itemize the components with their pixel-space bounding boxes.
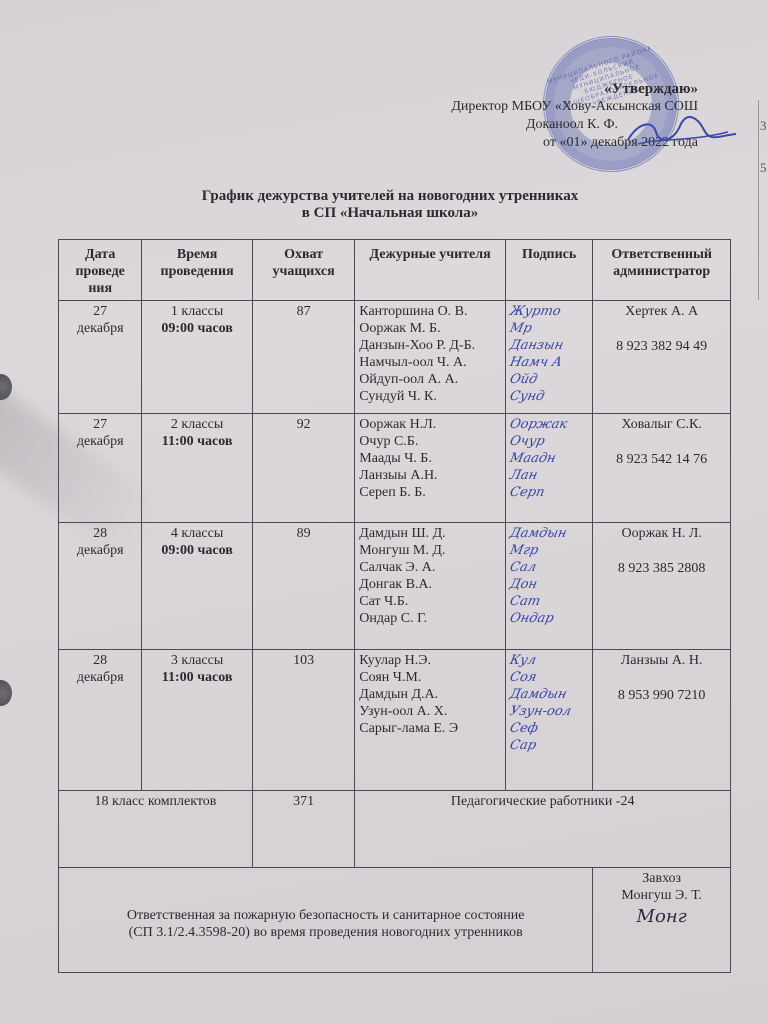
time-cell: 2 классы 11:00 часов — [142, 414, 252, 523]
teacher-signature: Кул — [508, 652, 590, 669]
table-header-row: Дата проведе ния Время проведения Охват … — [59, 240, 731, 301]
teacher-signature: Серп — [508, 484, 590, 501]
teacher-signature: Сунд — [508, 388, 590, 405]
coverage-cell: 103 — [252, 650, 354, 791]
table-row: 28 декабря 4 классы 09:00 часов 89 Дамды… — [59, 523, 731, 650]
duty-schedule-table: Дата проведе ния Время проведения Охват … — [58, 239, 731, 973]
signature-cell: ОоржакОчурМааднЛанСерп — [505, 414, 592, 523]
teacher-signature: Лан — [508, 467, 590, 484]
header-teachers: Дежурные учителя — [355, 240, 506, 301]
teacher-signature: Узун-оол — [508, 703, 590, 720]
admin-cell: Ланзыы А. Н. 8 953 990 7210 — [593, 650, 731, 791]
duty-teacher: Салчак Э. А. — [359, 559, 501, 576]
responsible-text-line1: Ответственная за пожарную безопасность и… — [63, 907, 588, 924]
duty-teacher: Данзын-Хоо Р. Д-Б. — [359, 337, 501, 354]
teachers-cell: Куулар Н.Э.Соян Ч.М.Дамдын Д.А.Узун-оол … — [355, 650, 506, 791]
class-group: 3 классы — [146, 652, 247, 669]
teacher-signature: Сеф — [508, 720, 590, 737]
duty-teacher: Ланзыы А.Н. — [359, 467, 501, 484]
start-time: 09:00 часов — [146, 320, 247, 337]
date-month: декабря — [63, 669, 137, 686]
totals-row: 18 класс комплектов 371 Педагогические р… — [59, 791, 731, 868]
header-date: Дата проведе ния — [59, 240, 142, 301]
duty-teacher: Узун-оол А. Х. — [359, 703, 501, 720]
teacher-signature: Сат — [508, 593, 590, 610]
teacher-signature: Мгр — [508, 542, 590, 559]
duty-teacher: Дамдын Д.А. — [359, 686, 501, 703]
duty-teacher: Донгак В.А. — [359, 576, 501, 593]
admin-cell: Ооржак Н. Л. 8 923 385 2808 — [593, 523, 731, 650]
admin-name: Ооржак Н. Л. — [621, 526, 701, 541]
signature-cell: ДамдынМгрСалДонСатОндар — [505, 523, 592, 650]
admin-cell: Ховалыг С.К. 8 923 542 14 76 — [593, 414, 731, 523]
admin-phone: 8 923 382 94 49 — [597, 338, 726, 355]
teacher-signature: Сал — [508, 559, 590, 576]
duty-teacher: Канторшина О. В. — [359, 303, 501, 320]
document-title-line1: График дежурства учителей на новогодних … — [150, 188, 630, 205]
coverage-cell: 92 — [252, 414, 354, 523]
start-time: 11:00 часов — [146, 433, 247, 450]
director-line: Директор МБОУ «Хову-Аксынская СОШ — [451, 98, 698, 116]
teacher-signature: Ойд — [508, 371, 590, 388]
time-cell: 3 классы 11:00 часов — [142, 650, 252, 791]
signature-cell: ЖуртоМрДанзынНамч АОйдСунд — [505, 301, 592, 414]
approval-block: «Утверждаю» Директор МБОУ «Хову-Аксынска… — [451, 80, 698, 152]
teacher-signature: Дон — [508, 576, 590, 593]
duty-teacher: Намчыл-оол Ч. А. — [359, 354, 501, 371]
approval-title: «Утверждаю» — [451, 80, 698, 98]
date-cell: 27 декабря — [59, 301, 142, 414]
responsible-name: Монгуш Э. Т. — [597, 887, 726, 904]
date-day: 27 — [63, 416, 137, 433]
start-time: 11:00 часов — [146, 669, 247, 686]
responsible-row: Ответственная за пожарную безопасность и… — [59, 868, 731, 973]
class-group: 1 классы — [146, 303, 247, 320]
duty-teacher: Соян Ч.М. — [359, 669, 501, 686]
date-day: 27 — [63, 303, 137, 320]
responsible-role: Завхоз — [597, 870, 726, 887]
signature-cell: КулСояДамдынУзун-оолСефСар — [505, 650, 592, 791]
teacher-signature: Данзын — [508, 337, 590, 354]
duty-teacher: Ооржак Н.Л. — [359, 416, 501, 433]
duty-teacher: Ооржак М. Б. — [359, 320, 501, 337]
class-group: 2 классы — [146, 416, 247, 433]
duty-teacher: Дамдын Ш. Д. — [359, 525, 501, 542]
total-classes: 18 класс комплектов — [59, 791, 253, 868]
table-row: 28 декабря 3 классы 11:00 часов 103 Куул… — [59, 650, 731, 791]
teacher-signature: Дамдын — [508, 525, 590, 542]
teacher-signature: Очур — [508, 433, 590, 450]
teachers-cell: Канторшина О. В.Ооржак М. Б.Данзын-Хоо Р… — [355, 301, 506, 414]
teacher-signature: Мр — [508, 320, 590, 337]
date-day: 28 — [63, 652, 137, 669]
total-coverage: 371 — [252, 791, 354, 868]
class-group: 4 классы — [146, 525, 247, 542]
date-day: 28 — [63, 525, 137, 542]
time-cell: 1 классы 09:00 часов — [142, 301, 252, 414]
duty-teacher: Маады Ч. Б. — [359, 450, 501, 467]
teacher-signature: Сар — [508, 737, 590, 754]
duty-teacher: Сереп Б. Б. — [359, 484, 501, 501]
date-cell: 27 декабря — [59, 414, 142, 523]
admin-name: Хертек А. А — [625, 304, 698, 319]
teacher-signature: Намч А — [508, 354, 590, 371]
approval-date: от «01» декабря 2022 года — [451, 134, 698, 152]
adjacent-page-mark: 3 — [760, 118, 767, 134]
start-time: 09:00 часов — [146, 542, 247, 559]
admin-phone: 8 923 542 14 76 — [597, 451, 726, 468]
admin-name: Ланзыы А. Н. — [621, 653, 703, 668]
duty-teacher: Сундуй Ч. К. — [359, 388, 501, 405]
header-signature: Подпись — [505, 240, 592, 301]
teachers-cell: Ооржак Н.Л.Очур С.Б.Маады Ч. Б.Ланзыы А.… — [355, 414, 506, 523]
adjacent-page-edge — [758, 100, 759, 300]
table-row: 27 декабря 1 классы 09:00 часов 87 Канто… — [59, 301, 731, 414]
director-name: Доканоол К. Ф. — [451, 116, 618, 134]
duty-teacher: Сат Ч.Б. — [359, 593, 501, 610]
admin-phone: 8 923 385 2808 — [597, 560, 726, 577]
document-title: График дежурства учителей на новогодних … — [150, 188, 630, 222]
adjacent-page-mark: 5 — [760, 160, 767, 176]
duty-teacher: Ондар С. Г. — [359, 610, 501, 627]
responsible-signature: Монг — [597, 908, 726, 925]
coverage-cell: 89 — [252, 523, 354, 650]
binder-hole — [0, 680, 12, 706]
admin-name: Ховалыг С.К. — [622, 417, 702, 432]
date-month: декабря — [63, 433, 137, 450]
responsible-text-line2: (СП 3.1/2.4.3598-20) во время проведения… — [63, 924, 588, 941]
header-admin: Ответственный администратор — [593, 240, 731, 301]
admin-phone: 8 953 990 7210 — [597, 687, 726, 704]
teacher-signature: Ооржак — [508, 416, 590, 433]
duty-teacher: Ойдуп-оол А. А. — [359, 371, 501, 388]
responsible-person: Завхоз Монгуш Э. Т. Монг — [593, 868, 731, 973]
duty-teacher: Очур С.Б. — [359, 433, 501, 450]
teachers-cell: Дамдын Ш. Д.Монгуш М. Д.Салчак Э. А.Донг… — [355, 523, 506, 650]
teacher-signature: Ондар — [508, 610, 590, 627]
date-cell: 28 декабря — [59, 650, 142, 791]
date-month: декабря — [63, 320, 137, 337]
coverage-cell: 87 — [252, 301, 354, 414]
duty-teacher: Куулар Н.Э. — [359, 652, 501, 669]
responsible-text: Ответственная за пожарную безопасность и… — [59, 868, 593, 973]
table-row: 27 декабря 2 классы 11:00 часов 92 Ооржа… — [59, 414, 731, 523]
document-title-line2: в СП «Начальная школа» — [150, 205, 630, 222]
teacher-signature: Маадн — [508, 450, 590, 467]
teacher-signature: Дамдын — [508, 686, 590, 703]
date-cell: 28 декабря — [59, 523, 142, 650]
teacher-signature: Журто — [508, 303, 590, 320]
teacher-signature: Соя — [508, 669, 590, 686]
header-time: Время проведения — [142, 240, 252, 301]
duty-teacher: Сарыг-лама Е. Э — [359, 720, 501, 737]
time-cell: 4 классы 09:00 часов — [142, 523, 252, 650]
admin-cell: Хертек А. А 8 923 382 94 49 — [593, 301, 731, 414]
date-month: декабря — [63, 542, 137, 559]
duty-teacher: Монгуш М. Д. — [359, 542, 501, 559]
total-staff: Педагогические работники -24 — [355, 791, 731, 868]
header-coverage: Охват учащихся — [252, 240, 354, 301]
